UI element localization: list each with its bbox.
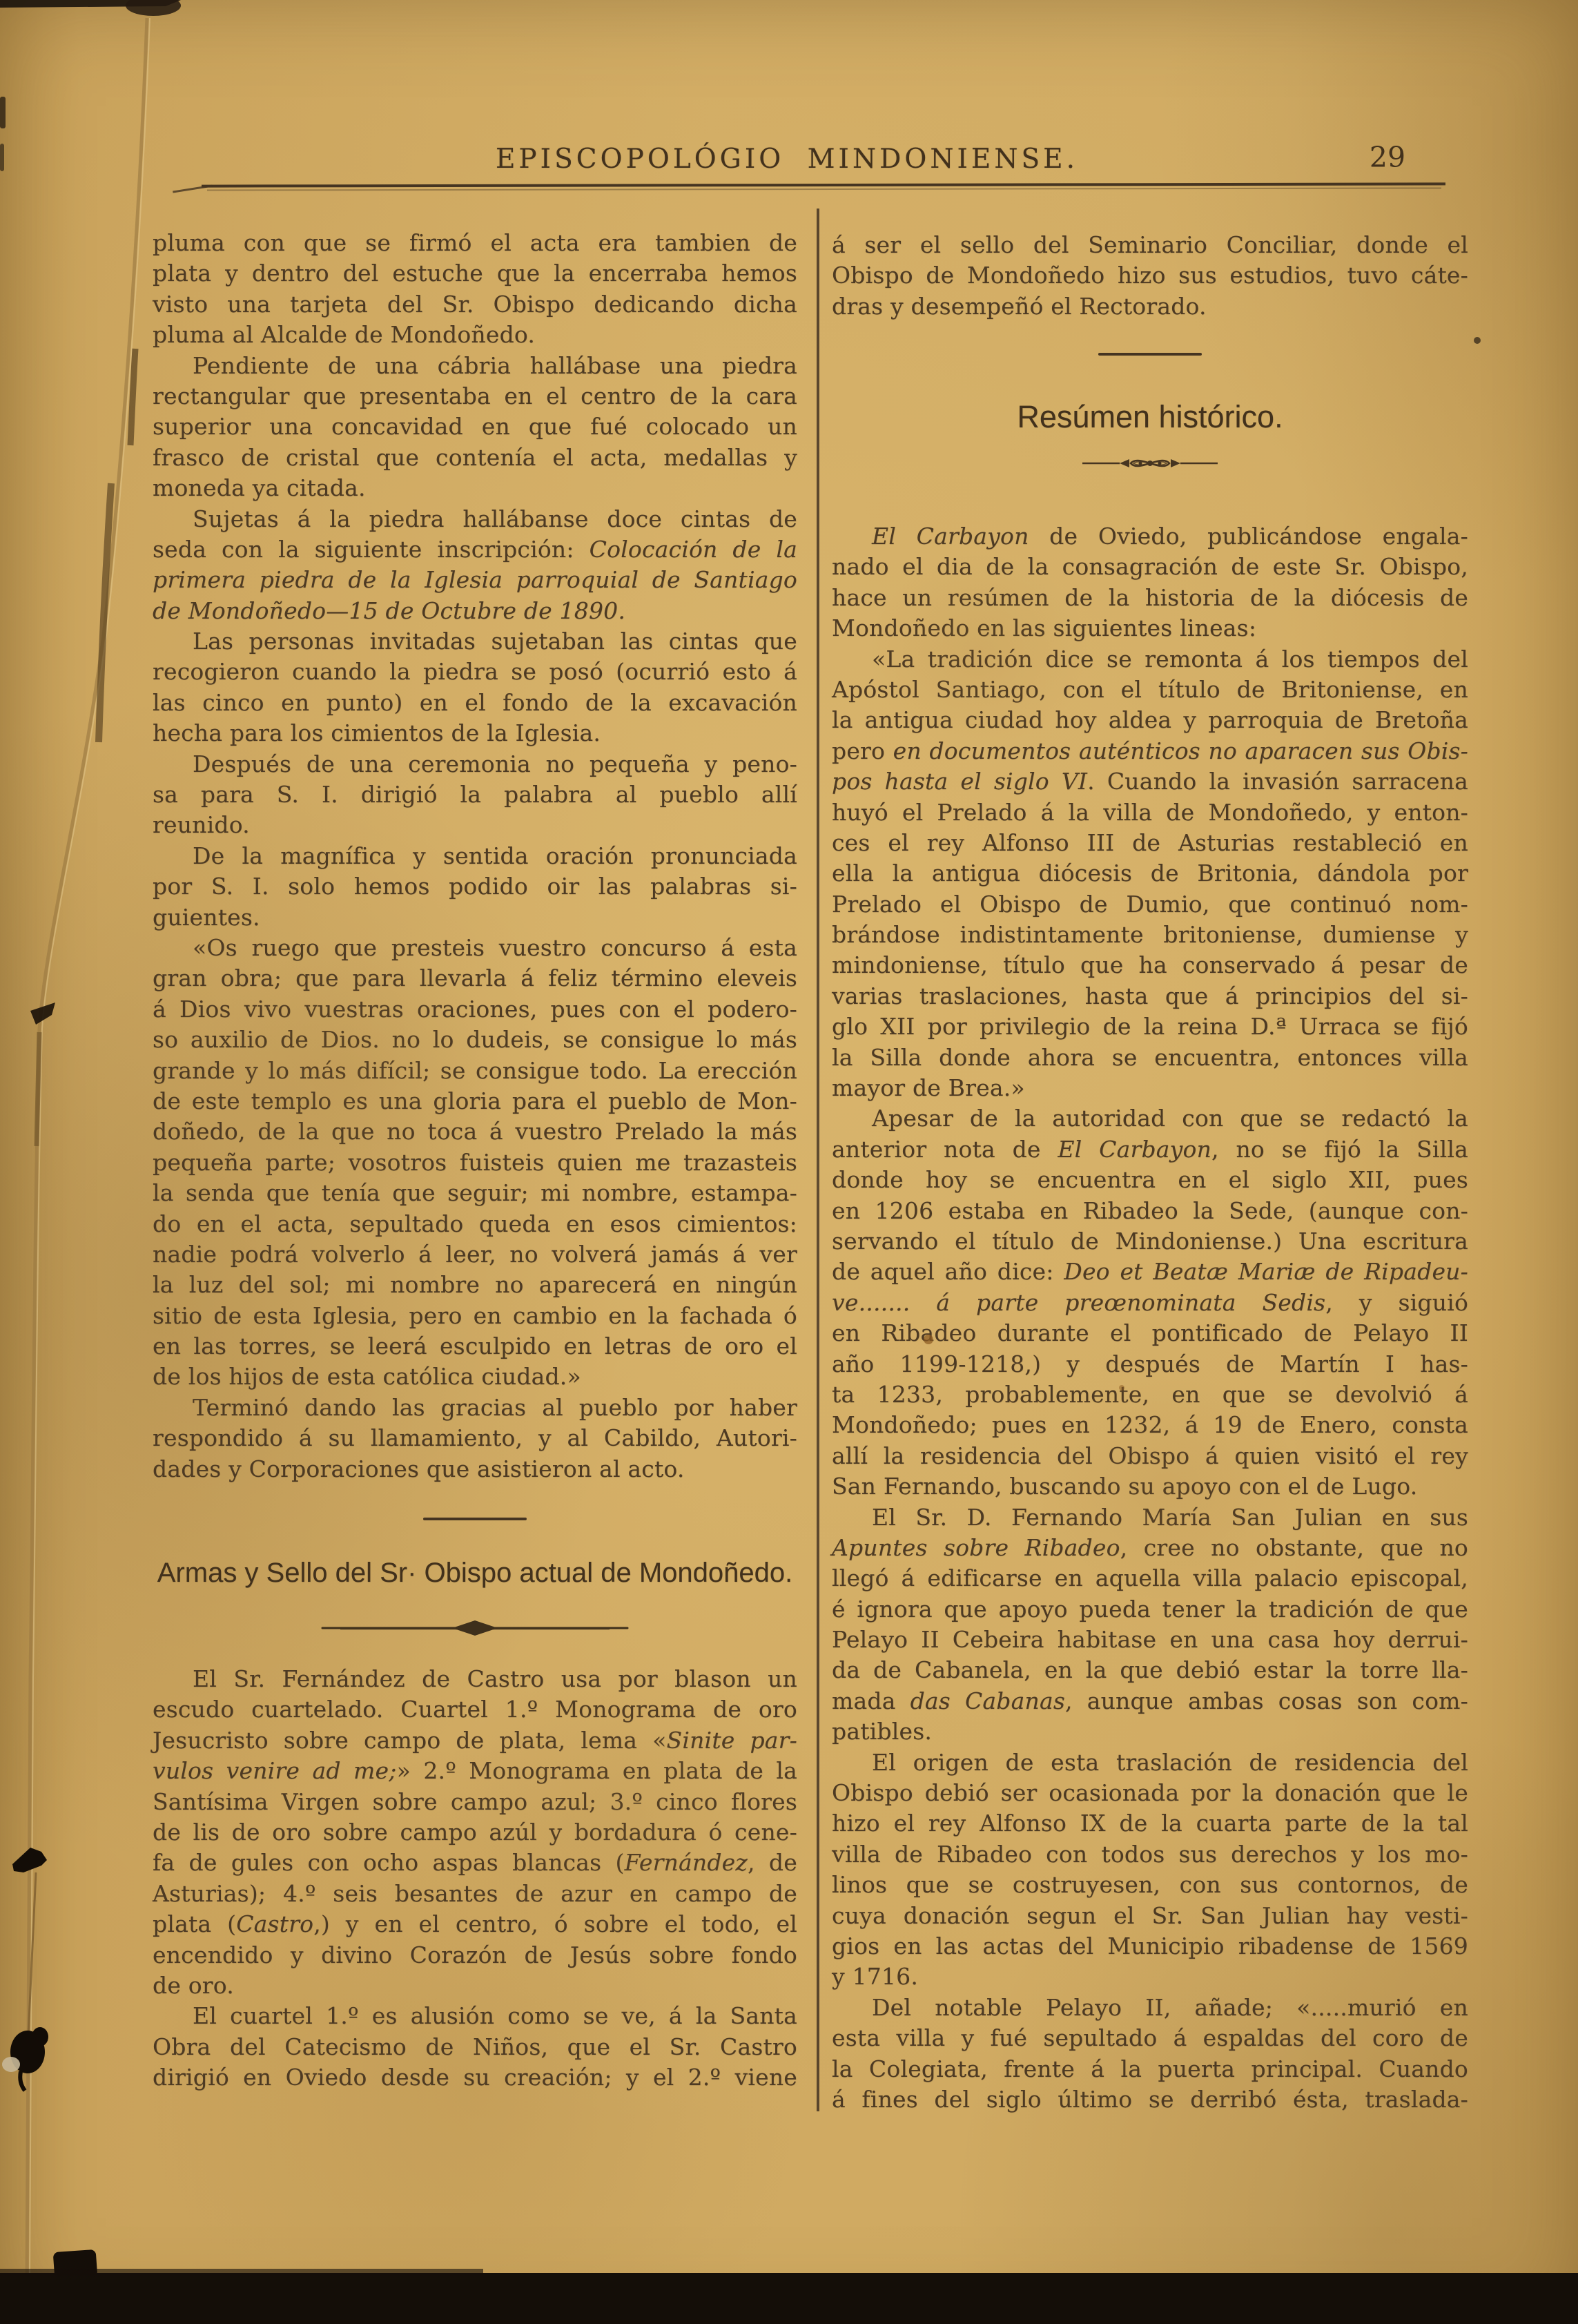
page-number: 29 bbox=[1346, 141, 1429, 174]
text-line: villa de Ribadeo con todos sus derechos … bbox=[832, 1839, 1468, 1870]
top-edge-shadow bbox=[0, 0, 181, 16]
text-line: De la magnífica y sentida oración pronun… bbox=[153, 841, 797, 871]
text-line: Sujetas á la piedra hallábanse doce cint… bbox=[153, 504, 797, 534]
text-line: gran obra; que para llevarla á feliz tér… bbox=[153, 963, 797, 994]
text-line: El cuartel 1.º es alusión como se ve, á … bbox=[153, 2001, 797, 2031]
text-line: Pendiente de una cábria hallábase una pi… bbox=[153, 351, 797, 381]
text-line: mada das Cabanas, aunque ambas cosas son… bbox=[832, 1686, 1468, 1716]
text-line: so auxilio de Dios. no lo dudeis, se con… bbox=[153, 1025, 797, 1055]
text-line: sa para S. I. dirigió la palabra al pueb… bbox=[153, 779, 797, 810]
text-line: frasco de cristal que contenía el acta, … bbox=[153, 443, 797, 473]
text-line: en 1206 estaba en Ribadeo la Sede, (aunq… bbox=[832, 1196, 1468, 1226]
page-header-title: EPISCOPOLÓGIO MINDONIENSE. bbox=[166, 144, 1408, 175]
text-line: Apóstol Santiago, con el título de Brito… bbox=[832, 675, 1468, 705]
tear-mark bbox=[30, 1003, 55, 1025]
text-line: é ignora que apoyo pueda tener la tradic… bbox=[832, 1594, 1468, 1625]
floral-ornament bbox=[1081, 451, 1219, 476]
text-line: mindoniense, título que ha conservado á … bbox=[832, 950, 1468, 980]
text-line: ve....... á parte preœnominata Sedis, y … bbox=[832, 1288, 1468, 1318]
text-line: hizo el rey Alfonso IX de la cuarta part… bbox=[832, 1808, 1468, 1839]
text-line: cuya donación segun el Sr. San Julian ha… bbox=[832, 1901, 1468, 1931]
header-rule-tick bbox=[173, 184, 213, 193]
text-line: superior una concavidad en que fué coloc… bbox=[153, 411, 797, 442]
text-line: respondido á su llamamiento, y al Cabild… bbox=[153, 1423, 797, 1453]
bottom-scan-edge bbox=[0, 2249, 1578, 2324]
text-line: seda con la siguiente inscripción: Coloc… bbox=[153, 534, 797, 565]
text-line: la luz del sol; mi nombre no aparecerá e… bbox=[153, 1270, 797, 1300]
text-line: la antigua ciudad hoy aldea y parroquia … bbox=[832, 705, 1468, 735]
text-line: mayor de Brea.» bbox=[832, 1073, 1468, 1103]
ink-blot-arrow bbox=[12, 1848, 47, 1872]
text-line: á ser el sello del Seminario Conciliar, … bbox=[832, 230, 1468, 260]
text-line: glo XII por privilegio de la reina D.ª U… bbox=[832, 1011, 1468, 1042]
text-line: Obra del Catecismo de Niños, que el Sr. … bbox=[153, 2032, 797, 2062]
right-column-text-lower: El Carbayon de Oviedo, publicándose enga… bbox=[832, 521, 1468, 2115]
text-line: la senda que tenía que seguir; mi nombre… bbox=[153, 1178, 797, 1208]
text-line: Mondoñedo; pues en 1232, á 19 de Enero, … bbox=[832, 1410, 1468, 1440]
section-heading-armas: Armas y Sello del Sr· Obispo actual de M… bbox=[153, 1558, 797, 1589]
text-line: á Dios vivo vuestras oraciones, pues con… bbox=[153, 994, 797, 1025]
text-line: rectangular que presentaba en el centro … bbox=[153, 381, 797, 411]
text-line: plata (Castro,) y en el centro, ó sobre … bbox=[153, 1909, 797, 1939]
text-line: de Mondoñedo—15 de Octubre de 1890. bbox=[153, 596, 797, 626]
header-rule-echo bbox=[207, 187, 1441, 191]
text-line: «La tradición dice se remonta á los tiem… bbox=[832, 644, 1468, 675]
right-section-rule bbox=[1098, 353, 1202, 356]
ink-speck bbox=[1474, 337, 1481, 344]
text-line: brándose indistintamente britoniense, du… bbox=[832, 920, 1468, 950]
text-line: moneda ya citada. bbox=[153, 473, 797, 503]
section-heading-resumen: Resúmen histórico. bbox=[832, 399, 1468, 435]
text-line: gios en las actas del Municipio ribadens… bbox=[832, 1931, 1468, 1962]
text-line: nado el dia de la consagración de este S… bbox=[832, 552, 1468, 582]
text-line: Jesucristo sobre campo de plata, lema «S… bbox=[153, 1725, 797, 1756]
text-line: de los hijos de esta católica ciudad.» bbox=[153, 1362, 797, 1392]
text-line: Apuntes sobre Ribadeo, cree no obstante,… bbox=[832, 1533, 1468, 1563]
text-line: linos que se costruyesen, con sus contor… bbox=[832, 1870, 1468, 1900]
text-line: visto una tarjeta del Sr. Obispo dedican… bbox=[153, 289, 797, 320]
text-line: patibles. bbox=[832, 1716, 1468, 1747]
text-line: dirigió en Oviedo desde su creación; y e… bbox=[153, 2062, 797, 2093]
text-line: El Carbayon de Oviedo, publicándose enga… bbox=[832, 521, 1468, 552]
ink-blob bbox=[2, 2027, 48, 2091]
text-line: pluma al Alcalde de Mondoñedo. bbox=[153, 320, 797, 350]
text-line: recogieron cuando la piedra se posó (ocu… bbox=[153, 657, 797, 687]
text-line: doñedo, de la que no toca á vuestro Prel… bbox=[153, 1116, 797, 1147]
text-line: servando el título de Mindoniense.) Una … bbox=[832, 1226, 1468, 1257]
text-line: las cinco en punto) en el fondo de la ex… bbox=[153, 688, 797, 718]
text-line: la Silla donde ahora se encuentra, enton… bbox=[832, 1043, 1468, 1073]
text-line: plata y dentro del estuche que la encerr… bbox=[153, 258, 797, 289]
text-line: grande y lo más difícil; se consigue tod… bbox=[153, 1056, 797, 1086]
text-line: ella la antigua diócesis de Britonia, dá… bbox=[832, 858, 1468, 889]
text-line: Prelado el Obispo de Dumio, que continuó… bbox=[832, 889, 1468, 920]
text-line: pos hasta el siglo VI. Cuando la invasió… bbox=[832, 766, 1468, 797]
text-line: Después de una ceremonia no pequeña y pe… bbox=[153, 749, 797, 779]
text-line: primera piedra de la Iglesia parroquial … bbox=[153, 565, 797, 595]
left-column-text-upper: pluma con que se firmó el acta era tambi… bbox=[153, 228, 797, 1484]
text-line: do en el acta, sepultado queda en esos c… bbox=[153, 1209, 797, 1239]
text-line: esta villa y fué sepultado á espaldas de… bbox=[832, 2023, 1468, 2053]
text-line: allí la residencia del Obispo á quien vi… bbox=[832, 1441, 1468, 1471]
text-line: Obispo de Mondoñedo hizo sus estudios, t… bbox=[832, 260, 1468, 291]
text-line: reunido. bbox=[153, 810, 797, 840]
text-line: Terminó dando las gracias al pueblo por … bbox=[153, 1393, 797, 1423]
text-line: nadie podrá volverlo á leer, no volverá … bbox=[153, 1239, 797, 1270]
text-line: pluma con que se firmó el acta era tambi… bbox=[153, 228, 797, 258]
text-line: pero en documentos auténticos no aparace… bbox=[832, 736, 1468, 766]
text-line: dades y Corporaciones que asistieron al … bbox=[153, 1454, 797, 1484]
scanned-book-page: EPISCOPOLÓGIO MINDONIENSE. 29 pluma con … bbox=[0, 0, 1578, 2324]
text-line: de aquel año dice: Deo et Beatæ Mariæ de… bbox=[832, 1257, 1468, 1287]
text-line: de lis de oro sobre campo azúl y bordadu… bbox=[153, 1817, 797, 1848]
text-line: fa de gules con ocho aspas blancas (Fern… bbox=[153, 1848, 797, 1878]
text-line: pequeña parte; vosotros fuisteis quien m… bbox=[153, 1148, 797, 1178]
text-line: El Sr. D. Fernando María San Julian en s… bbox=[832, 1502, 1468, 1533]
text-line: Obispo debió ser ocasionada por la donac… bbox=[832, 1778, 1468, 1808]
binding-crease bbox=[27, 18, 150, 2273]
text-line: Pelayo II Cebeira habitase en una casa h… bbox=[832, 1625, 1468, 1655]
right-column-text-upper: á ser el sello del Seminario Conciliar, … bbox=[832, 230, 1468, 322]
text-line: hace un resúmen de la historia de la dió… bbox=[832, 583, 1468, 613]
left-column-text-lower: El Sr. Fernández de Castro usa por blaso… bbox=[153, 1664, 797, 2093]
text-line: la Colegiata, frente á la puerta princip… bbox=[832, 2054, 1468, 2084]
text-line: varias traslaciones, hasta que á princip… bbox=[832, 981, 1468, 1011]
binding-thread bbox=[28, 1872, 36, 2035]
text-line: Apesar de la autoridad con que se redact… bbox=[832, 1103, 1468, 1134]
text-line: Las personas invitadas sujetaban las cin… bbox=[153, 626, 797, 657]
text-line: Asturias); 4.º seis besantes de azur en … bbox=[153, 1879, 797, 1909]
text-line: vulos venire ad me;» 2.º Monograma en pl… bbox=[153, 1756, 797, 1786]
text-line: «Os ruego que presteis vuestro concurso … bbox=[153, 933, 797, 963]
text-line: encendido y divino Corazón de Jesús sobr… bbox=[153, 1940, 797, 1970]
column-divider-rule bbox=[817, 209, 819, 2111]
text-line: y 1716. bbox=[832, 1962, 1468, 1992]
text-line: en las torres, se leerá esculpido en let… bbox=[153, 1331, 797, 1362]
left-section-rule bbox=[423, 1518, 527, 1520]
text-line: El origen de esta traslación de residenc… bbox=[832, 1747, 1468, 1778]
text-line: escudo cuartelado. Cuartel 1.º Monograma… bbox=[153, 1694, 797, 1725]
text-line: da de Cabanela, en la que debió estar la… bbox=[832, 1655, 1468, 1685]
text-line: Mondoñedo en las siguientes lineas: bbox=[832, 613, 1468, 643]
text-line: por S. I. solo hemos podido oir las pala… bbox=[153, 871, 797, 902]
edge-mark bbox=[0, 144, 4, 171]
text-line: año 1199-1218,) y después de Martín I ha… bbox=[832, 1349, 1468, 1379]
text-line: llegó á edificarse en aquella villa pala… bbox=[832, 1563, 1468, 1594]
text-line: anterior nota de El Carbayon, no se fijó… bbox=[832, 1134, 1468, 1165]
diamond-divider bbox=[320, 1618, 630, 1638]
text-line: El Sr. Fernández de Castro usa por blaso… bbox=[153, 1664, 797, 1694]
edge-mark bbox=[0, 97, 6, 128]
text-line: de este templo es una gloria para el pue… bbox=[153, 1086, 797, 1116]
text-line: hecha para los cimientos de la Iglesia. bbox=[153, 718, 797, 748]
text-line: ta 1233, probablemente, en que se devolv… bbox=[832, 1379, 1468, 1410]
text-line: ces el rey Alfonso III de Asturias resta… bbox=[832, 828, 1468, 858]
text-line: dras y desempeñó el Rectorado. bbox=[832, 291, 1468, 322]
text-line: Del notable Pelayo II, añade; «.....muri… bbox=[832, 1993, 1468, 2023]
text-line: huyó el Prelado á la villa de Mondoñedo,… bbox=[832, 797, 1468, 828]
text-line: Santísima Virgen sobre campo azul; 3.º c… bbox=[153, 1787, 797, 1817]
text-line: San Fernando, buscando su apoyo con el d… bbox=[832, 1471, 1468, 1502]
text-line: de oro. bbox=[153, 1970, 797, 2001]
text-line: sitio de esta Iglesia, pero en cambio en… bbox=[153, 1301, 797, 1331]
text-line: á fines del siglo último se derribó ésta… bbox=[832, 2084, 1468, 2115]
header-rule bbox=[202, 182, 1445, 187]
text-line: guientes. bbox=[153, 902, 797, 933]
text-line: en Ribadeo durante el pontificado de Pel… bbox=[832, 1318, 1468, 1348]
text-line: donde hoy se encuentra en el siglo XII, … bbox=[832, 1165, 1468, 1195]
